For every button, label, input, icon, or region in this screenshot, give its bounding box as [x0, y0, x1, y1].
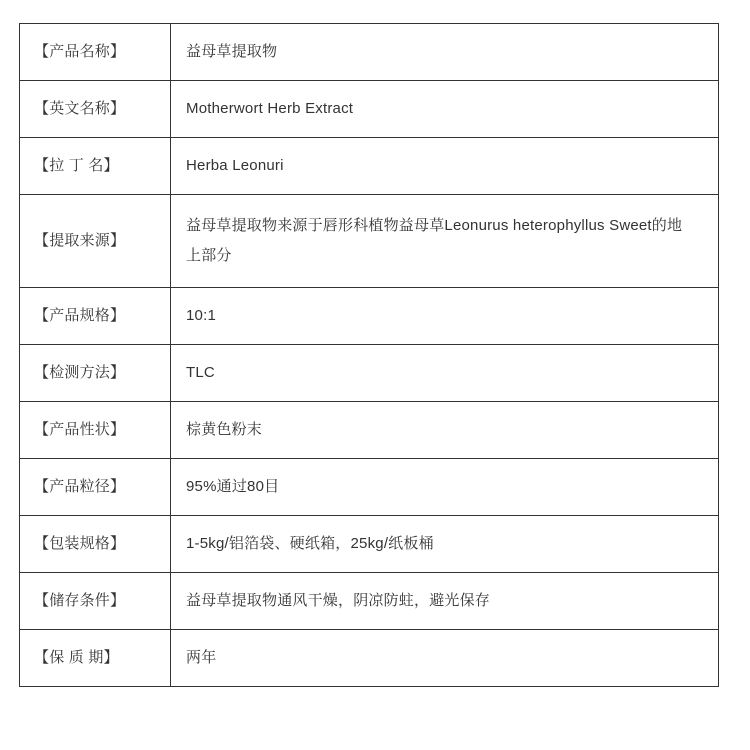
row-value: 棕黄色粉末: [171, 402, 719, 459]
row-latin-name: 【拉 丁 名】 Herba Leonuri: [20, 138, 719, 195]
row-value: 益母草提取物: [171, 24, 719, 81]
row-value: 1-5kg/铝箔袋、硬纸箱，25kg/纸板桶: [171, 516, 719, 573]
row-value: Herba Leonuri: [171, 138, 719, 195]
row-value: Motherwort Herb Extract: [171, 81, 719, 138]
row-value: 益母草提取物来源于唇形科植物益母草Leonurus heterophyllus …: [171, 195, 719, 288]
product-spec-table: 【产品名称】 益母草提取物 【英文名称】 Motherwort Herb Ext…: [19, 23, 719, 687]
row-test-method: 【检测方法】 TLC: [20, 345, 719, 402]
row-english-name: 【英文名称】 Motherwort Herb Extract: [20, 81, 719, 138]
row-label: 【保 质 期】: [20, 630, 171, 687]
row-storage: 【储存条件】 益母草提取物通风干燥，阴凉防蛀，避光保存: [20, 573, 719, 630]
row-value: 10:1: [171, 288, 719, 345]
row-value: TLC: [171, 345, 719, 402]
row-packaging: 【包装规格】 1-5kg/铝箔袋、硬纸箱，25kg/纸板桶: [20, 516, 719, 573]
row-particle-size: 【产品粒径】 95%通过80目: [20, 459, 719, 516]
row-appearance: 【产品性状】 棕黄色粉末: [20, 402, 719, 459]
row-extract-source: 【提取来源】 益母草提取物来源于唇形科植物益母草Leonurus heterop…: [20, 195, 719, 288]
row-product-spec: 【产品规格】 10:1: [20, 288, 719, 345]
row-label: 【产品粒径】: [20, 459, 171, 516]
row-label: 【拉 丁 名】: [20, 138, 171, 195]
row-value: 两年: [171, 630, 719, 687]
row-label: 【产品名称】: [20, 24, 171, 81]
row-label: 【储存条件】: [20, 573, 171, 630]
row-label: 【产品规格】: [20, 288, 171, 345]
row-value: 益母草提取物通风干燥，阴凉防蛀，避光保存: [171, 573, 719, 630]
row-label: 【提取来源】: [20, 195, 171, 288]
row-label: 【英文名称】: [20, 81, 171, 138]
row-product-name: 【产品名称】 益母草提取物: [20, 24, 719, 81]
row-label: 【检测方法】: [20, 345, 171, 402]
row-label: 【包装规格】: [20, 516, 171, 573]
row-label: 【产品性状】: [20, 402, 171, 459]
row-value: 95%通过80目: [171, 459, 719, 516]
row-shelf-life: 【保 质 期】 两年: [20, 630, 719, 687]
